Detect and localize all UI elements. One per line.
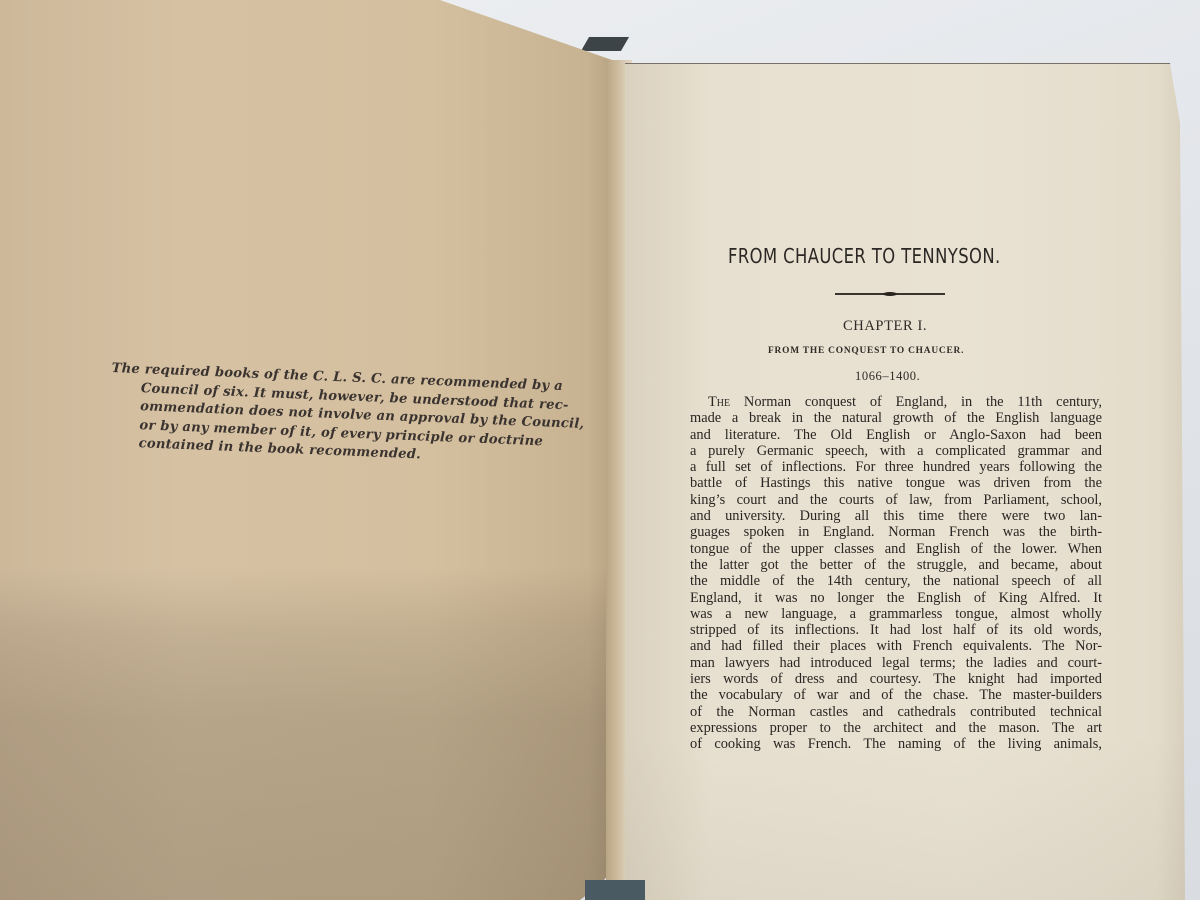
body-line: of the Norman castles and cathedrals con… — [690, 704, 1102, 720]
body-line: the vocabulary of war and of the chase. … — [690, 687, 1102, 703]
body-line: was a new language, a grammarless tongue… — [690, 606, 1102, 622]
chapter-body-text: The Norman conquest of England, in the 1… — [690, 394, 1102, 753]
body-line: a full set of inflections. For three hun… — [690, 459, 1102, 475]
chapter-heading: CHAPTER I. — [843, 318, 927, 335]
book-cover-corner-bottom — [585, 880, 645, 900]
open-book-photo: The required books of the C. L. S. C. ar… — [0, 0, 1200, 900]
body-line: tongue of the upper classes and English … — [690, 541, 1102, 557]
body-line: battle of Hastings this native tongue wa… — [690, 475, 1102, 491]
book-cover-corner-top — [581, 37, 629, 51]
body-line: and university. During all this time the… — [690, 508, 1102, 524]
body-line: guages spoken in England. Norman French … — [690, 524, 1102, 540]
title-ornament-rule — [835, 293, 945, 295]
book-title: FROM CHAUCER TO TENNYSON. — [728, 244, 995, 268]
body-line: iers words of dress and courtesy. The kn… — [690, 671, 1102, 687]
body-line: and literature. The Old English or Anglo… — [690, 427, 1102, 443]
body-line: a purely Germanic speech, with a complic… — [690, 443, 1102, 459]
body-line: The Norman conquest of England, in the 1… — [690, 394, 1102, 410]
body-line: man lawyers had introduced legal terms; … — [690, 655, 1102, 671]
body-line: made a break in the natural growth of th… — [690, 410, 1102, 426]
body-line: king’s court and the courts of law, from… — [690, 492, 1102, 508]
body-line: expressions proper to the architect and … — [690, 720, 1102, 736]
clsc-recommendation-note: The required books of the C. L. S. C. ar… — [108, 360, 561, 470]
drop-word: The — [708, 394, 730, 410]
body-line: the middle of the 14th century, the nati… — [690, 573, 1102, 589]
chapter-dates: 1066–1400. — [855, 369, 920, 384]
body-line: of cooking was French. The naming of the… — [690, 736, 1102, 752]
chapter-subtitle: FROM THE CONQUEST TO CHAUCER. — [768, 346, 964, 356]
body-line: England, it was no longer the English of… — [690, 590, 1102, 606]
body-line: stripped of its inflections. It had lost… — [690, 622, 1102, 638]
body-line: the latter got the better of the struggl… — [690, 557, 1102, 573]
body-line: and had filled their places with French … — [690, 638, 1102, 654]
